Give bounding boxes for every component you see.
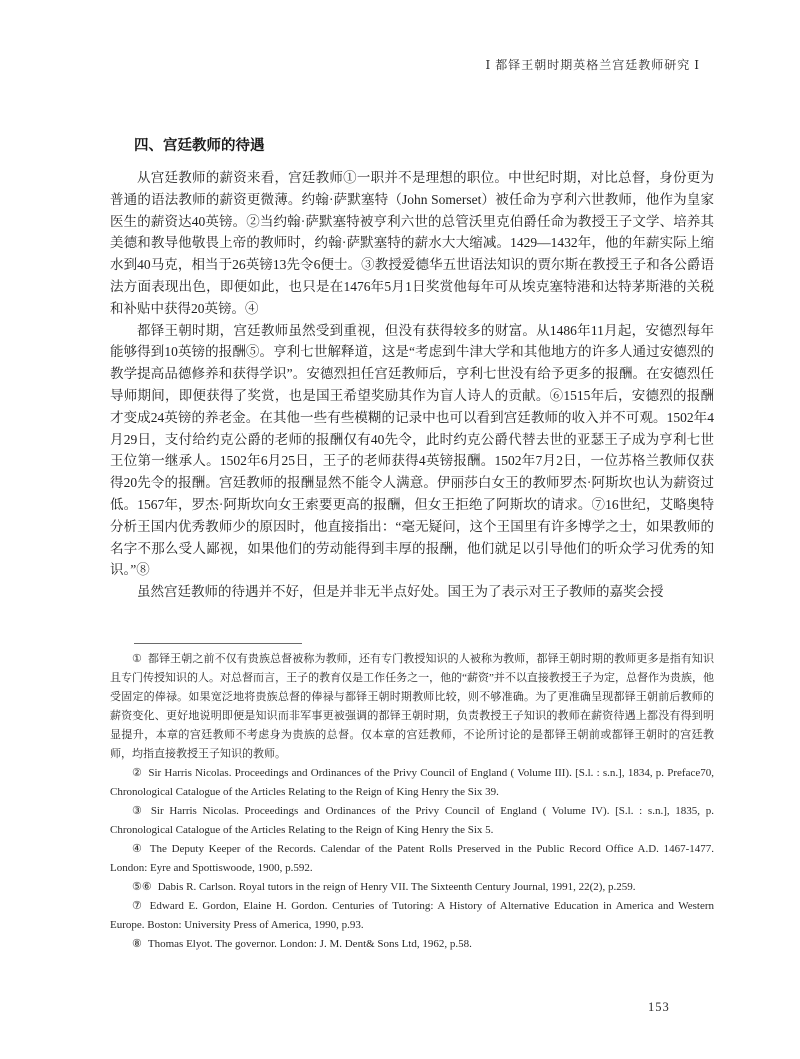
body-paragraph-3: 虽然宫廷教师的待遇并不好，但是并非无半点好处。国王为了表示对王子教师的嘉奖会授 [110, 581, 714, 603]
footnotes-block: ①都铎王朝之前不仅有贵族总督被称为教师，还有专门教授知识的人被称为教师，都铎王朝… [110, 650, 714, 954]
footnote-2-label: ② [132, 767, 142, 779]
body-paragraph-1: 从宫廷教师的薪资来看，宫廷教师①一职并不是理想的职位。中世纪时期，对比总督，身份… [110, 167, 714, 320]
footnote-4-label: ④ [132, 843, 144, 855]
book-page: Ⅰ 都铎王朝时期英格兰宫廷教师研究 Ⅰ 四、宫廷教师的待遇 从宫廷教师的薪资来看… [0, 0, 800, 1059]
footnote-4-text: The Deputy Keeper of the Records. Calend… [110, 843, 714, 874]
page-content: 四、宫廷教师的待遇 从宫廷教师的薪资来看，宫廷教师①一职并不是理想的职位。中世纪… [110, 0, 714, 954]
footnote-7-label: ⑦ [132, 900, 144, 912]
footnote-1-text: 都铎王朝之前不仅有贵族总督被称为教师，还有专门教授知识的人被称为教师，都铎王朝时… [110, 653, 714, 760]
footnote-1: ①都铎王朝之前不仅有贵族总督被称为教师，还有专门教授知识的人被称为教师，都铎王朝… [110, 650, 714, 764]
footnote-8-text: Thomas Elyot. The governor. London: J. M… [148, 938, 472, 950]
footnote-8-label: ⑧ [132, 938, 142, 950]
footnote-separator [134, 643, 302, 644]
footnote-5-6-text: Dabis R. Carlson. Royal tutors in the re… [158, 881, 636, 893]
footnote-8: ⑧Thomas Elyot. The governor. London: J. … [110, 935, 714, 954]
footnote-3-label: ③ [132, 805, 145, 817]
footnote-3: ③Sir Harris Nicolas. Proceedings and Ord… [110, 802, 714, 840]
footnote-2: ②Sir Harris Nicolas. Proceedings and Ord… [110, 764, 714, 802]
body-paragraph-2: 都铎王朝时期，宫廷教师虽然受到重视，但没有获得较多的财富。从1486年11月起，… [110, 320, 714, 582]
footnote-7: ⑦Edward E. Gordon, Elaine H. Gordon. Cen… [110, 897, 714, 935]
footnote-2-text: Sir Harris Nicolas. Proceedings and Ordi… [110, 767, 714, 798]
footnote-5-6-label: ⑤⑥ [132, 881, 152, 893]
section-title: 四、宫廷教师的待遇 [134, 134, 714, 155]
footnote-1-label: ① [132, 653, 142, 665]
page-number: 153 [648, 1000, 670, 1015]
footnote-4: ④The Deputy Keeper of the Records. Calen… [110, 840, 714, 878]
footnote-3-text: Sir Harris Nicolas. Proceedings and Ordi… [110, 805, 714, 836]
footnote-5-6: ⑤⑥Dabis R. Carlson. Royal tutors in the … [110, 878, 714, 897]
footnote-7-text: Edward E. Gordon, Elaine H. Gordon. Cent… [110, 900, 714, 931]
